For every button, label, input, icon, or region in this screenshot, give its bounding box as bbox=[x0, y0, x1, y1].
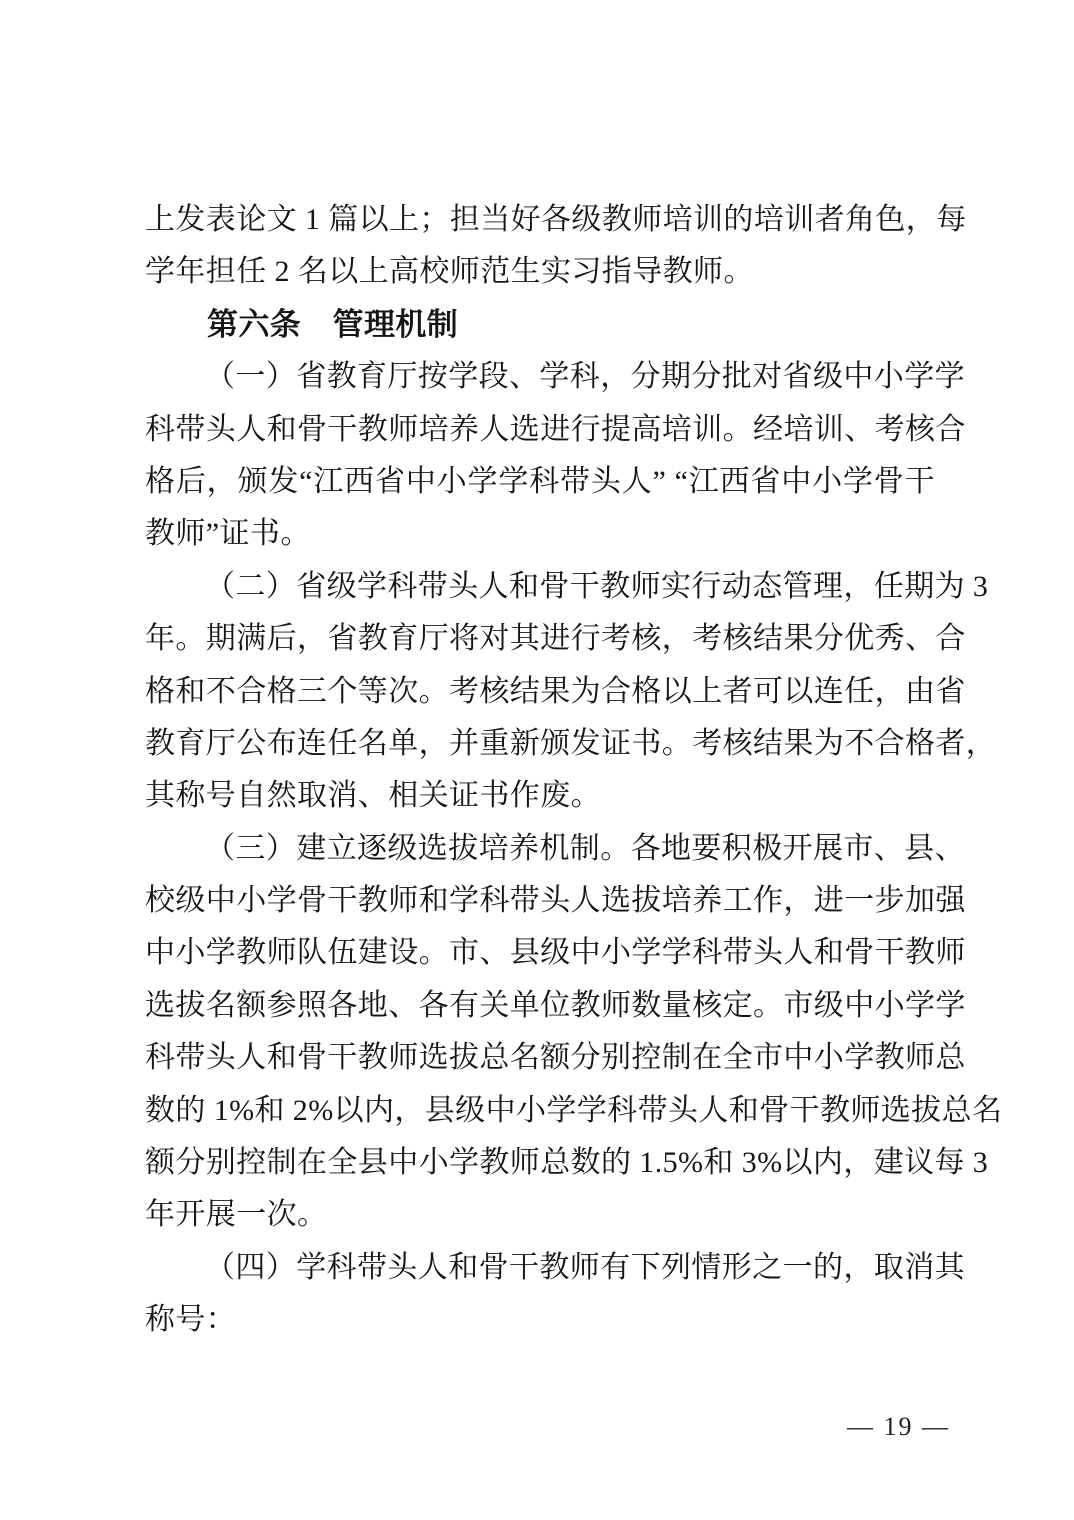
text-line: 教师”证书。 bbox=[145, 508, 935, 560]
text-line: 数的 1%和 2%以内，县级中小学学科带头人和骨干教师选拔总名 bbox=[145, 1085, 935, 1137]
text-line: 科带头人和骨干教师培养人选进行提高培训。经培训、考核合 bbox=[145, 404, 935, 456]
text-line: 格和不合格三个等次。考核结果为合格以上者可以连任，由省 bbox=[145, 666, 935, 718]
text-line: （四）学科带头人和骨干教师有下列情形之一的，取消其 bbox=[145, 1242, 935, 1294]
text-line: 校级中小学骨干教师和学科带头人选拔培养工作，进一步加强 bbox=[145, 875, 935, 927]
text-line: 教育厅公布连任名单，并重新颁发证书。考核结果为不合格者， bbox=[145, 718, 935, 770]
text-line: 年开展一次。 bbox=[145, 1189, 935, 1241]
text-line: 格后，颁发“江西省中小学学科带头人” “江西省中小学骨干 bbox=[145, 456, 935, 508]
text-line: 科带头人和骨干教师选拔总名额分别控制在全市中小学教师总 bbox=[145, 1032, 935, 1084]
text-line: （一）省教育厅按学段、学科，分期分批对省级中小学学 bbox=[145, 351, 935, 403]
text-line: 学年担任 2 名以上高校师范生实习指导教师。 bbox=[145, 246, 935, 298]
document-body: 上发表论文 1 篇以上；担当好各级教师培训的培训者角色，每 学年担任 2 名以上… bbox=[145, 194, 935, 1347]
text-line: 中小学教师队伍建设。市、县级中小学学科带头人和骨干教师 bbox=[145, 927, 935, 979]
text-line: 上发表论文 1 篇以上；担当好各级教师培训的培训者角色，每 bbox=[145, 194, 935, 246]
text-line: （三）建立逐级选拔培养机制。各地要积极开展市、县、 bbox=[145, 823, 935, 875]
text-line: 选拔名额参照各地、各有关单位教师数量核定。市级中小学学 bbox=[145, 980, 935, 1032]
text-line: 额分别控制在全县中小学教师总数的 1.5%和 3%以内，建议每 3 bbox=[145, 1137, 935, 1189]
text-line: 称号： bbox=[145, 1294, 935, 1346]
text-line: 其称号自然取消、相关证书作废。 bbox=[145, 770, 935, 822]
document-page: 上发表论文 1 篇以上；担当好各级教师培训的培训者角色，每 学年担任 2 名以上… bbox=[0, 0, 1074, 1520]
text-line: （二）省级学科带头人和骨干教师实行动态管理，任期为 3 bbox=[145, 561, 935, 613]
page-number: — 19 — bbox=[847, 1412, 950, 1442]
text-line: 年。期满后，省教育厅将对其进行考核，考核结果分优秀、合 bbox=[145, 613, 935, 665]
section-heading: 第六条 管理机制 bbox=[145, 299, 935, 351]
